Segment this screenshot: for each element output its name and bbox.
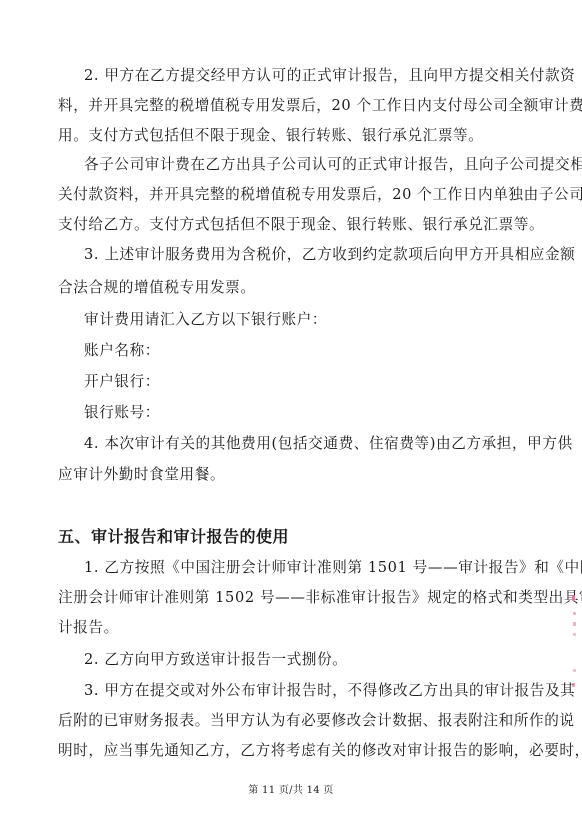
text-line: 合法合规的增值税专用发票。 — [58, 278, 256, 298]
text-line: 4. 本次审计有关的其他费用(包括交通费、住宿费等)由乙方承担，甲方供 — [84, 434, 573, 454]
seal-mark — [573, 669, 576, 672]
text-line: 2. 甲方在乙方提交经甲方认可的正式审计报告，且向甲方提交相关付款资 — [84, 66, 575, 86]
seal-mark — [573, 633, 576, 636]
seal-mark — [573, 612, 576, 615]
text-line: 料，并开具完整的税增值税专用发票后，20 个工作日内支付母公司全额审计费 — [58, 96, 582, 116]
seal-mark — [572, 595, 575, 601]
bank-name-label: 开户银行： — [84, 372, 160, 392]
section-heading: 五、审计报告和审计报告的使用 — [58, 526, 289, 548]
text-line: 2. 乙方向甲方致送审计报告一式捌份。 — [84, 650, 347, 670]
text-line: 支付给乙方。支付方式包括但不限于现金、银行转账、银行承兑汇票等。 — [58, 215, 544, 235]
seal-mark — [572, 683, 575, 687]
text-line: 后附的已审财务报表。当甲方认为有必要修改会计数据、报表附注和所作的说 — [58, 711, 575, 731]
text-line: 应审计外勤时食堂用餐。 — [58, 465, 225, 485]
text-line: 用。支付方式包括但不限于现金、银行转账、银行承兑汇票等。 — [58, 126, 483, 146]
text-line: 3. 上述审计服务费用为含税价，乙方收到约定款项后向甲方开具相应金额 — [84, 245, 575, 265]
bank-intro-line: 审计费用请汇入乙方以下银行账户： — [84, 310, 327, 330]
seal-mark — [573, 622, 576, 626]
text-line: 明时，应当事先通知乙方，乙方将考虑有关的修改对审计报告的影响，必要时， — [58, 741, 582, 761]
text-line: 计报告。 — [58, 618, 119, 638]
account-number-label: 银行账号： — [84, 403, 160, 423]
text-line: 各子公司审计费在乙方出具子公司认可的正式审计报告，且向子公司提交相 — [84, 155, 582, 175]
text-line: 3. 甲方在提交或对外公布审计报告时，不得修改乙方出具的审计报告及其 — [84, 681, 575, 701]
text-line: 关付款资料，并开具完整的税增值税专用发票后，20 个工作日内单独由子公司 — [58, 185, 582, 205]
account-name-label: 账户名称： — [84, 341, 160, 361]
document-page: 2. 甲方在乙方提交经甲方认可的正式审计报告，且向甲方提交相关付款资 料，并开具… — [0, 0, 582, 828]
text-line: 注册会计师审计准则第 1502 号——非标准审计报告》规定的格式和类型出具审 — [58, 588, 582, 608]
text-line: 1. 乙方按照《中国注册会计师审计准则第 1501 号——审计报告》和《中国 — [84, 558, 582, 578]
page-footer: 第 11 页/共 14 页 — [0, 781, 582, 796]
